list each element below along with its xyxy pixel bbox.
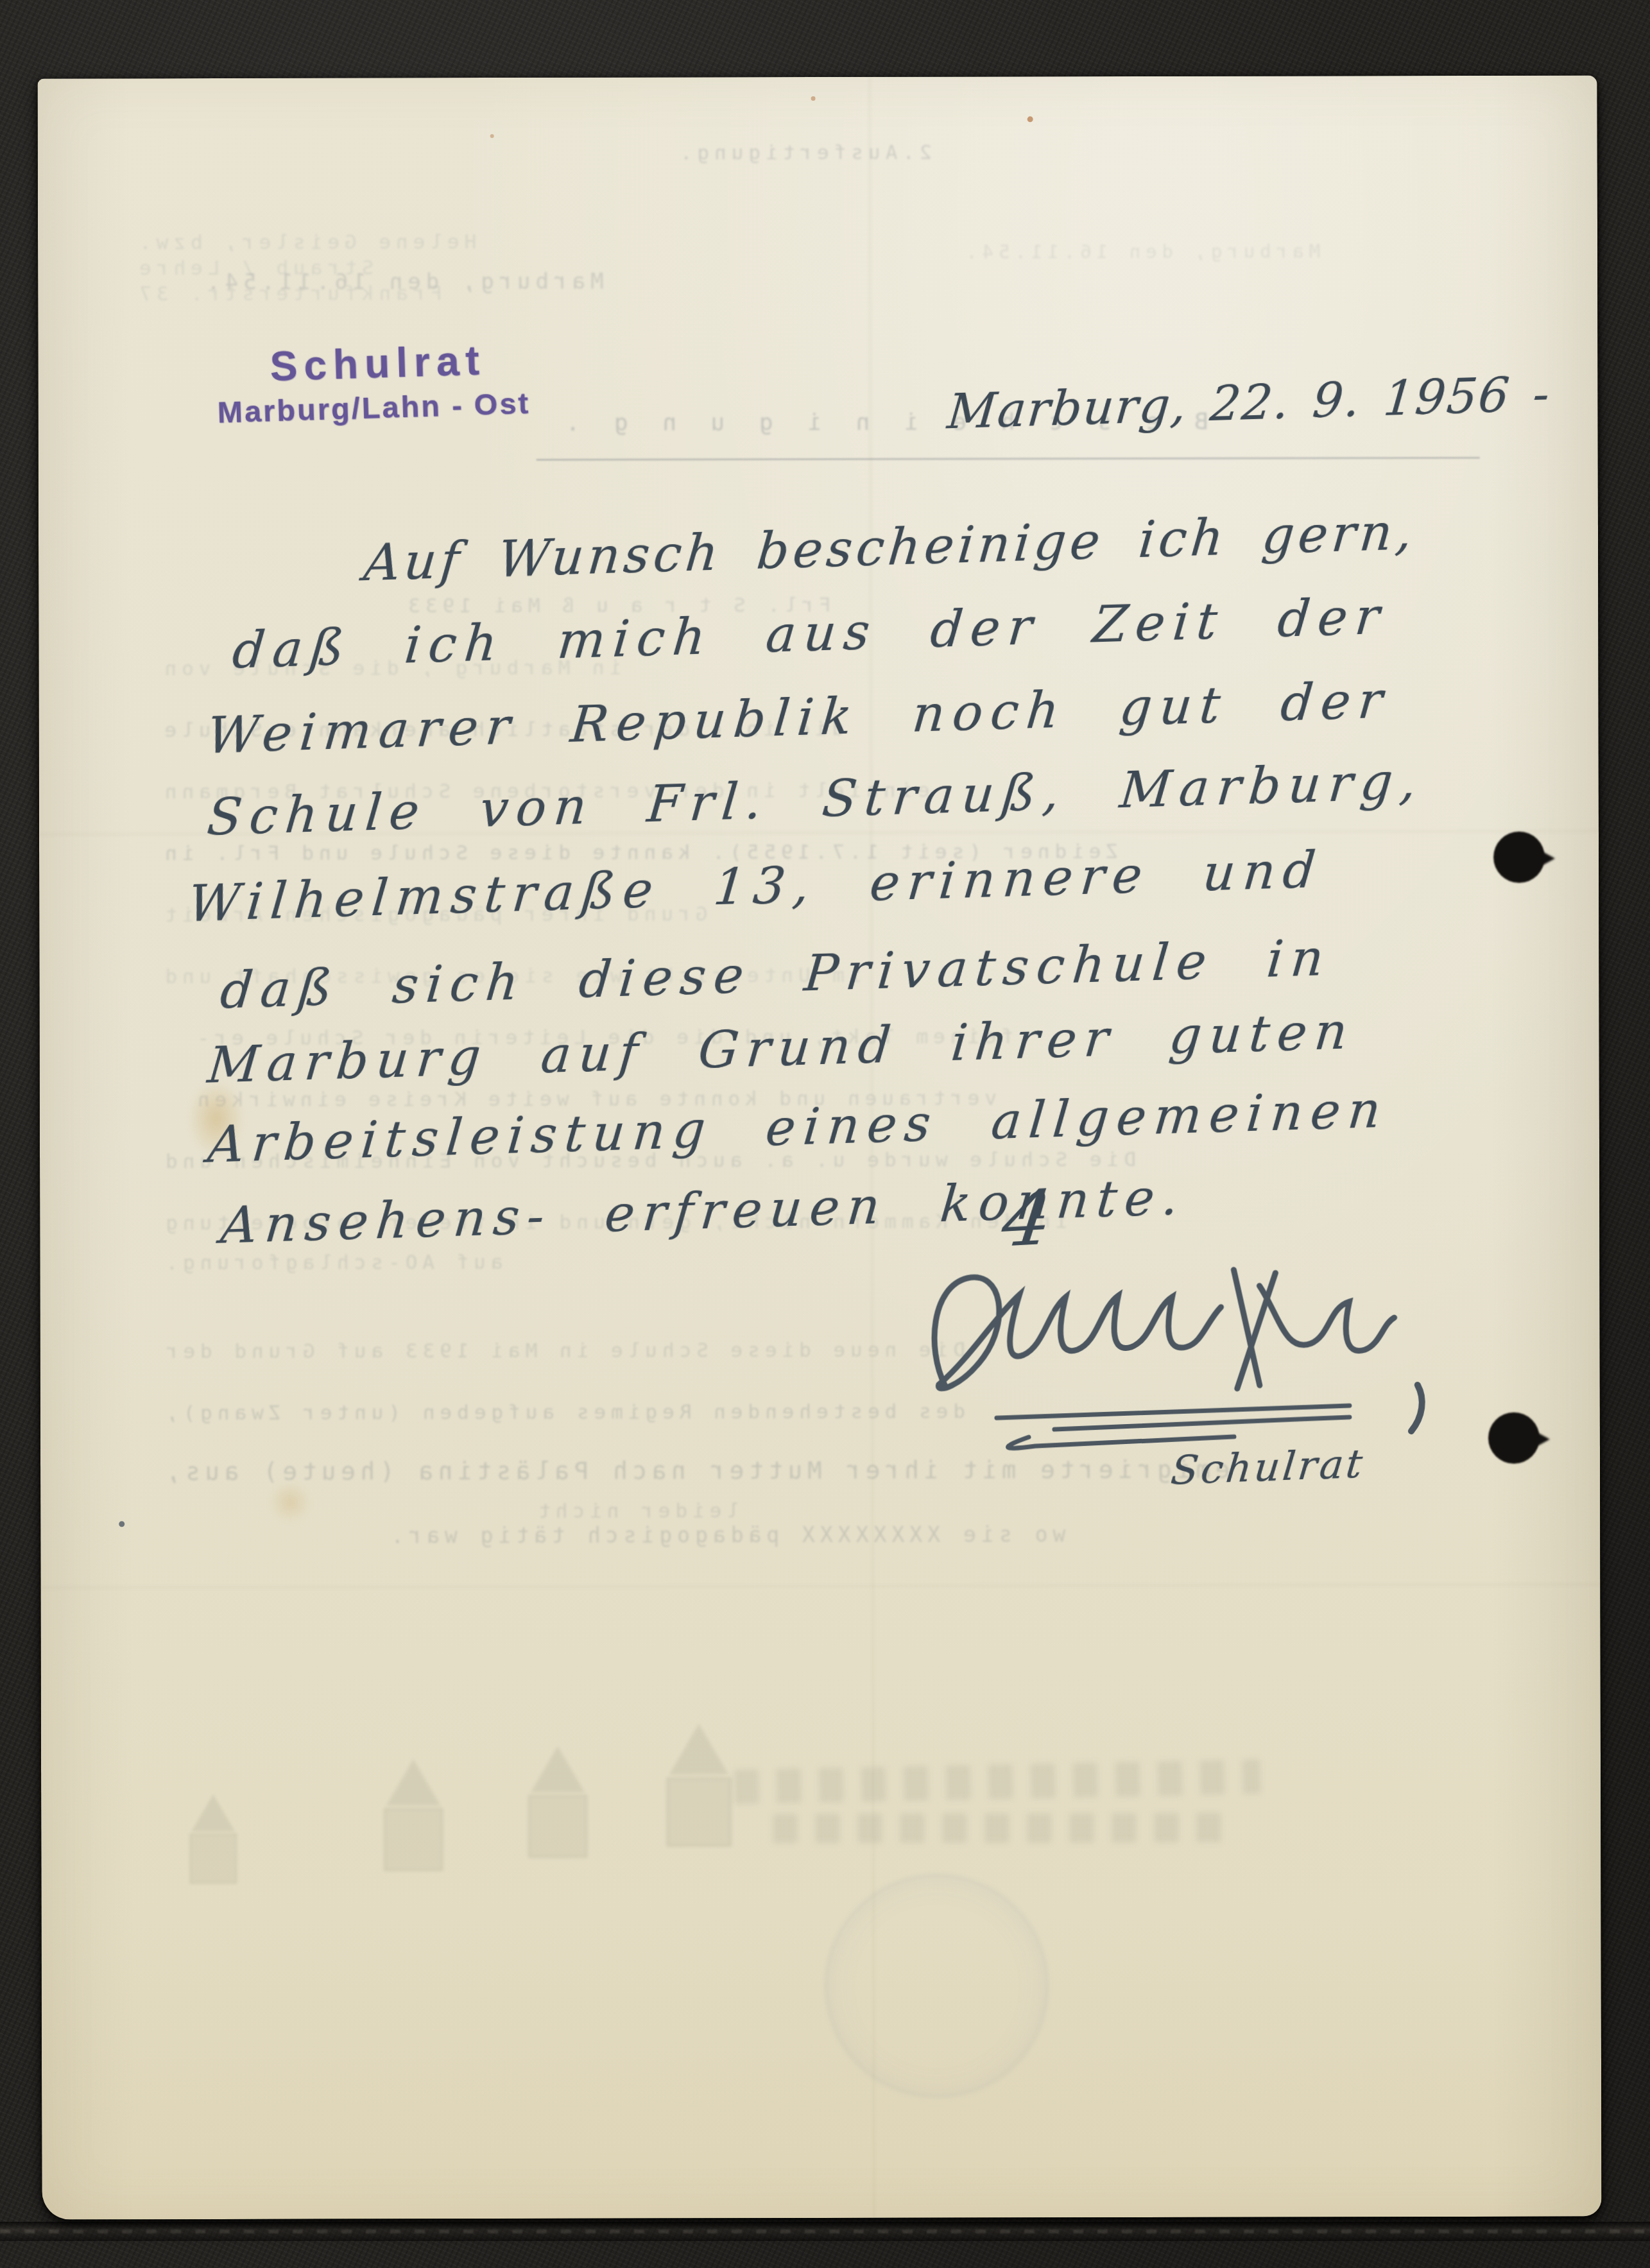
scanned-archive-photo: { "page": { "background_color": "#262421… xyxy=(0,0,1650,2268)
ghost-typed-line: Marburg, den 16.11.54. xyxy=(202,269,603,295)
handwritten-line: Auf Wunsch bescheinige ich gern, xyxy=(361,503,1418,592)
stamp-line-1: Schulrat xyxy=(270,335,529,390)
ghost-typed-line: Marburg, den 16.11.54. xyxy=(961,240,1320,262)
horizontal-crease xyxy=(40,1583,1600,1588)
hole-punch xyxy=(1493,832,1545,883)
document-paper: 2.Ausfertigung. Helene Geisler, bzw. Str… xyxy=(38,75,1602,2219)
handwritten-line: Weimarer Republik noch gut der xyxy=(205,672,1393,765)
ghost-pavilion-graphic xyxy=(657,1724,741,1858)
ghost-writing-smudge xyxy=(773,1813,1222,1843)
ink-dot xyxy=(119,1521,125,1527)
stamp-line-2: Marburg/Lahn - Ost xyxy=(217,385,531,430)
rust-speck xyxy=(490,134,494,138)
ghost-writing-smudge xyxy=(734,1759,1261,1804)
ghost-pavilion-graphic xyxy=(375,1759,452,1881)
ghost-typed-line: leider nicht xyxy=(533,1499,739,1523)
handwritten-dateline: Marburg, 22. 9. 1956 - xyxy=(945,366,1553,440)
ghost-typed-line: Die neue diese Schule in Mai 1933 auf Gr… xyxy=(161,1339,965,1364)
handwritten-signature-title: Schulrat xyxy=(1169,1440,1367,1494)
handwritten-line: Marburg auf Grund ihrer guten xyxy=(205,1003,1357,1095)
ghost-round-seal xyxy=(824,1873,1049,2099)
age-stain xyxy=(269,1481,311,1524)
rust-speck xyxy=(811,96,816,101)
leather-seam xyxy=(0,2222,1650,2241)
ghost-typed-line: Helene Geisler, bzw. xyxy=(134,230,476,254)
office-stamp: Schulrat Marburg/Lahn - Ost xyxy=(216,335,531,430)
ghost-typed-line-struck: des bestehenden Regimes aufgeben (unter … xyxy=(161,1400,965,1425)
ghost-pavilion-graphic xyxy=(519,1746,596,1868)
rust-speck xyxy=(1027,116,1033,122)
handwritten-line: daß sich diese Privatschule in xyxy=(218,929,1334,1020)
ghost-heading-underline xyxy=(537,457,1480,461)
ghost-pavilion-graphic xyxy=(182,1794,244,1892)
stitching xyxy=(0,2229,1650,2233)
ghost-typed-line: auf AO-schlagforung. xyxy=(160,1251,503,1275)
hole-punch xyxy=(1488,1413,1540,1464)
ghost-typed-line: wo sie XXXXXXXX pädagogisch tätig war. xyxy=(386,1522,1065,1548)
ghost-typed-line: 2.Ausfertigung. xyxy=(675,141,932,165)
